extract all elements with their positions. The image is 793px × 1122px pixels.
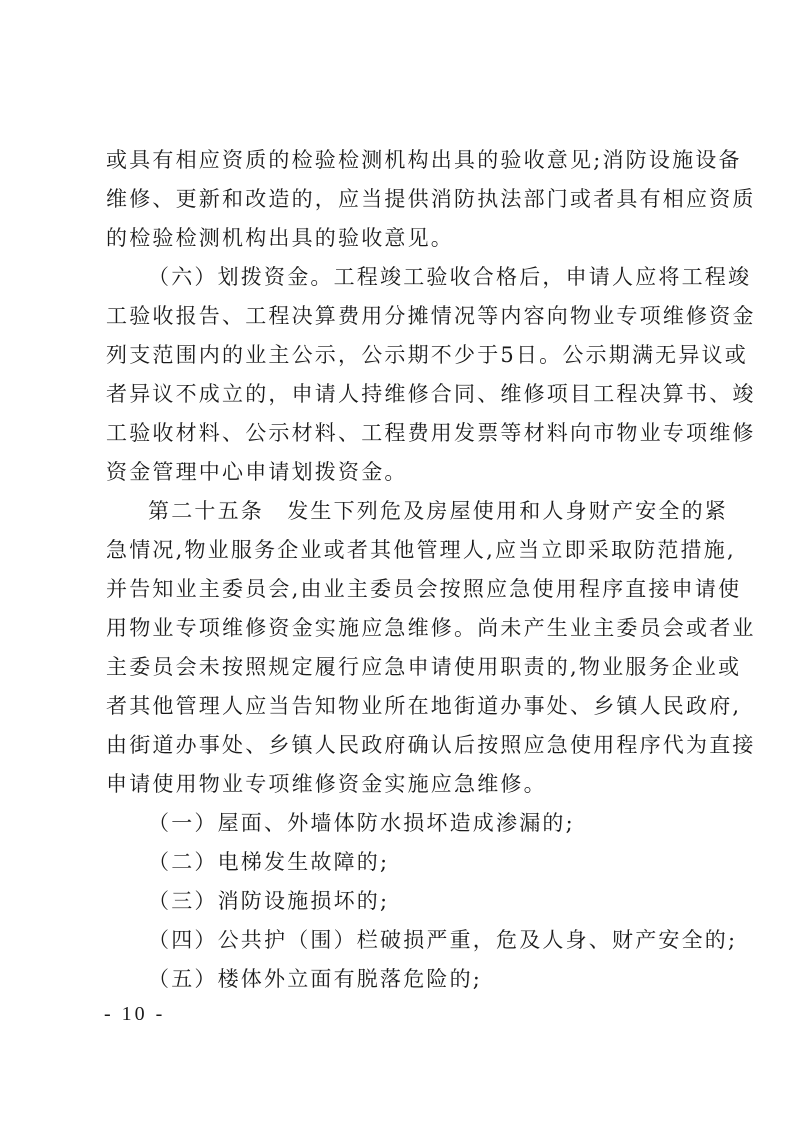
text-line: 资金管理中心申请划拨资金。 — [106, 460, 686, 484]
text-line: 者异议不成立的，申请人持维修合同、维修项目工程决算书、竣 — [106, 382, 686, 406]
list-item: （四）公共护（围）栏破损严重，危及人身、财产安全的; — [148, 928, 728, 952]
text-line: 的检验检测机构出具的验收意见。 — [106, 226, 686, 250]
list-item: （三）消防设施损坏的; — [148, 889, 728, 913]
text-line: 申请使用物业专项维修资金实施应急维修。 — [106, 772, 686, 796]
article-heading-line: 第二十五条 发生下列危及房屋使用和人身财产安全的紧 — [148, 499, 728, 523]
list-item: （二）电梯发生故障的; — [148, 850, 728, 874]
document-page: 或具有相应资质的检验检测机构出具的验收意见;消防设施设备 维修、更新和改造的，应… — [0, 0, 793, 1122]
text-line: 或具有相应资质的检验检测机构出具的验收意见;消防设施设备 — [106, 148, 686, 172]
text-line: 急情况,物业服务企业或者其他管理人,应当立即采取防范措施, — [106, 538, 686, 562]
text-line: 用物业专项维修资金实施应急维修。尚未产生业主委员会或者业 — [106, 616, 686, 640]
list-item: （五）楼体外立面有脱落危险的; — [148, 967, 728, 991]
text-line: 工验收材料、公示材料、工程费用发票等材料向市物业专项维修 — [106, 421, 686, 445]
list-item: （一）屋面、外墙体防水损坏造成渗漏的; — [148, 811, 728, 835]
text-line: 由街道办事处、乡镇人民政府确认后按照应急使用程序代为直接 — [106, 733, 686, 757]
text-line: 主委员会未按照规定履行应急申请使用职责的,物业服务企业或 — [106, 655, 686, 679]
text-line: 工验收报告、工程决算费用分摊情况等内容向物业专项维修资金 — [106, 304, 686, 328]
text-line: 列支范围内的业主公示，公示期不少于5日。公示期满无异议或 — [106, 343, 686, 367]
text-line: 并告知业主委员会,由业主委员会按照应急使用程序直接申请使 — [106, 577, 686, 601]
paragraph-start-line: （六）划拨资金。工程竣工验收合格后，申请人应将工程竣 — [148, 265, 728, 289]
text-line: 者其他管理人应当告知物业所在地街道办事处、乡镇人民政府, — [106, 694, 686, 718]
text-line: 维修、更新和改造的，应当提供消防执法部门或者具有相应资质 — [106, 187, 686, 211]
page-number: - 10 - — [104, 1003, 165, 1026]
